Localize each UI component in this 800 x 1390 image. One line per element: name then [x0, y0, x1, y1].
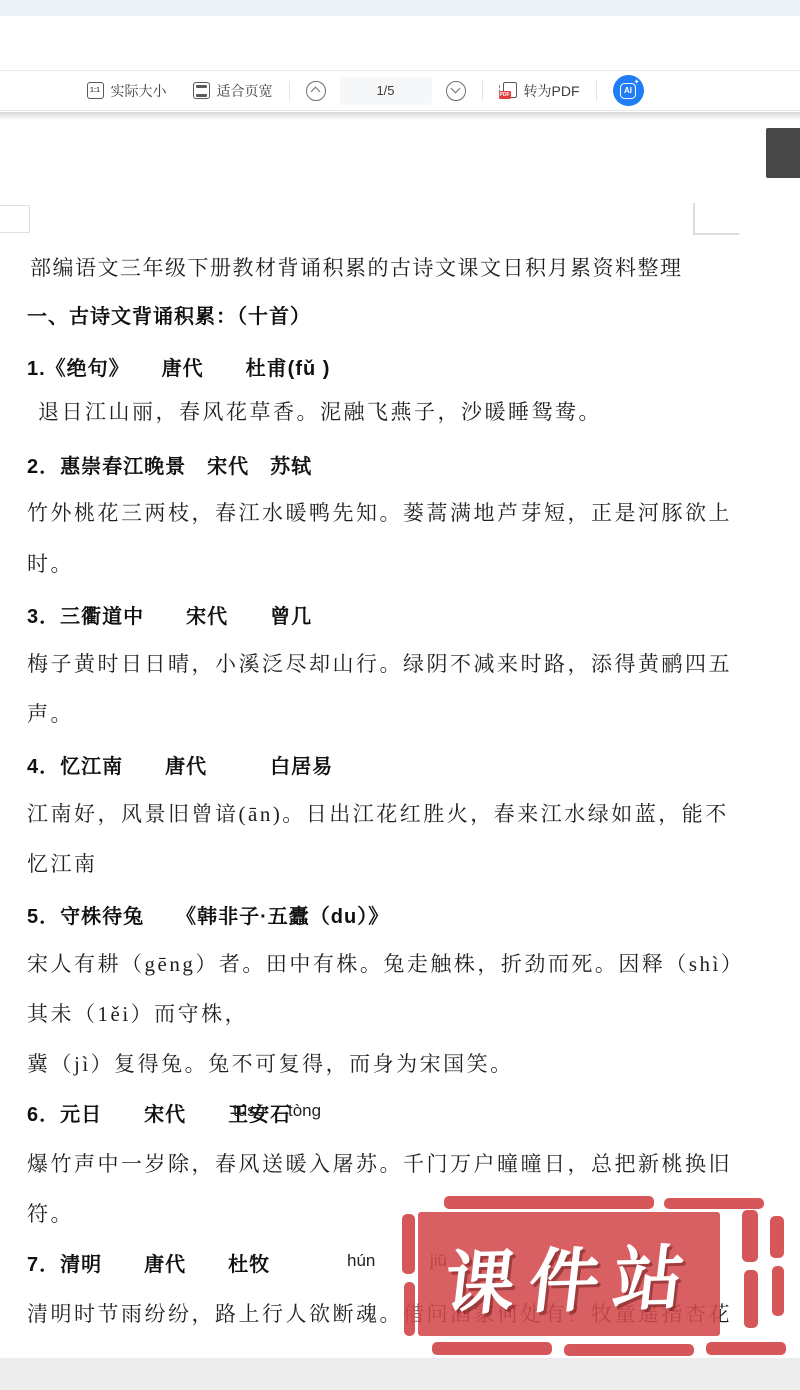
actual-size-label[interactable]: 实际大小 [111, 81, 167, 101]
fit-width-icon [193, 82, 210, 99]
entry-5-line: 宋人有耕（gēng）者。田中有株。兔走触株，折劲而死。因释（shì） [27, 948, 744, 978]
entry-7-heading: 7．清明 唐代 杜牧 [27, 1248, 270, 1277]
section-heading: 一、古诗文背诵积累：（十首） [27, 300, 311, 329]
page-corner-mark-left [0, 205, 30, 233]
toolbar-divider [596, 81, 597, 101]
entry-7-pinyin: mù [550, 1251, 574, 1271]
entry-6-line: 符。 [27, 1198, 74, 1228]
document-title: 部编语文三年级下册教材背诵积累的古诗文课文日积月累资料整理 [30, 252, 683, 282]
previous-page-button[interactable] [306, 81, 326, 101]
actual-size-icon: 1:1 [87, 82, 104, 99]
entry-3-line: 声。 [27, 698, 74, 728]
entry-7-pinyin: jiǔ [430, 1251, 447, 1271]
entry-5-line: 其未（1ěi）而守株， [27, 998, 248, 1028]
entry-1-line: 退日江山丽，春风花草香。泥融飞燕子，沙暖睡鸳鸯。 [38, 396, 602, 426]
entry-4-line: 江南好，风景旧曾谙(ān)。日出江花红胜火，春来江水绿如蓝，能不 [27, 798, 729, 828]
entry-6-pinyin: tòng [288, 1101, 321, 1121]
viewer-toolbar: 1:1 实际大小 适合页宽 1/5 PDF 转为PDF AI ✦ [0, 70, 800, 111]
entry-5-heading: 5．守株待兔 《韩非子·五蠹（du）》 [27, 900, 389, 929]
viewer-background [0, 1358, 800, 1390]
entry-4-line: 忆江南 [27, 848, 98, 878]
toolbar-shadow [0, 112, 800, 120]
entry-2-heading: 2．惠崇春江晚景 宋代 苏轼 [27, 450, 312, 479]
page-corner-mark-right [693, 203, 695, 235]
entry-7-pinyin: hún [347, 1251, 375, 1271]
actual-size-button[interactable]: 1:1 实际大小 [87, 81, 167, 101]
entry-2-line: 竹外桃花三两枝，春江水暖鸭先知。蒌蒿满地芦芽短，正是河豚欲上 [27, 497, 732, 527]
page-corner-mark-right [693, 233, 739, 235]
convert-pdf-label[interactable]: 转为PDF [524, 81, 580, 101]
entry-4-heading: 4．忆江南 唐代 白居易 [27, 750, 333, 779]
entry-6-line: 爆竹声中一岁除，春风送暖入屠苏。千门万户曈曈日，总把新桃换旧 [27, 1148, 732, 1178]
entry-3-heading: 3．三衢道中 宋代 曾几 [27, 600, 312, 629]
page-indicator-input[interactable]: 1/5 [340, 77, 432, 105]
fit-width-label[interactable]: 适合页宽 [217, 81, 273, 101]
convert-pdf-button[interactable]: PDF 转为PDF [499, 81, 580, 101]
entry-6-pinyin: túsū [233, 1101, 265, 1121]
top-band [0, 0, 800, 16]
entry-1-heading: 1.《绝句》 唐代 杜甫(fǔ ) [27, 352, 330, 381]
fit-width-button[interactable]: 适合页宽 [193, 81, 273, 101]
entry-5-line: 冀（jì）复得兔。兔不可复得，而身为宋国笑。 [27, 1048, 514, 1078]
toolbar-divider [289, 81, 290, 101]
ai-spark-icon: ✦ [634, 79, 640, 86]
ai-assistant-button[interactable]: AI ✦ [613, 75, 644, 106]
entry-2-line: 时。 [27, 548, 74, 578]
next-page-button[interactable] [446, 81, 466, 101]
toolbar-divider [482, 81, 483, 101]
entry-3-line: 梅子黄时日日晴，小溪泛尽却山行。绿阴不减来时路，添得黄鹂四五 [27, 648, 732, 678]
entry-7-line: 清明时节雨纷纷，路上行人欲断魂。借问酒家何处有？牧童遥指杏花 [27, 1298, 732, 1328]
scrollbar-thumb[interactable] [766, 128, 800, 178]
convert-pdf-icon: PDF [499, 82, 517, 100]
